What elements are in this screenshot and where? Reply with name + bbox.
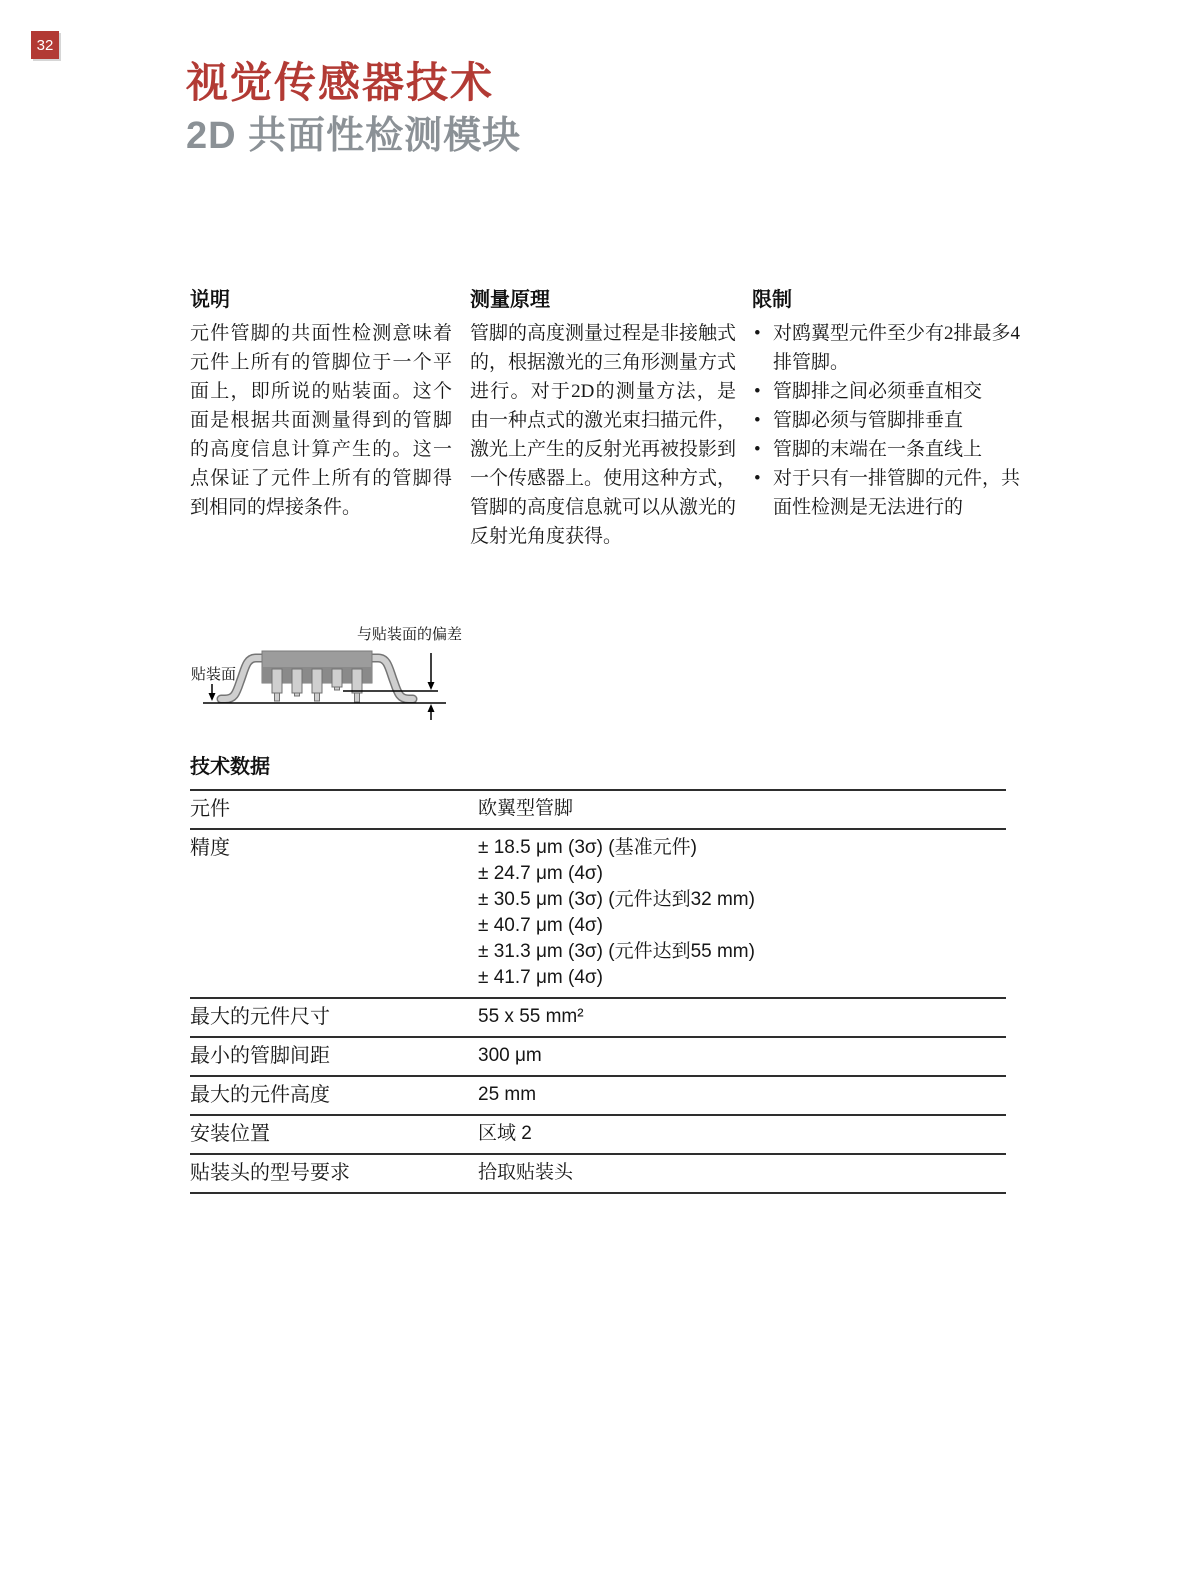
row-label: 最大的元件高度 bbox=[190, 1082, 478, 1108]
description-heading: 说明 bbox=[190, 283, 452, 312]
datasheet-page: 32 视觉传感器技术 2D 共面性检测模块 说明 元件管脚的共面性检测意味着元件… bbox=[0, 0, 1190, 1588]
section-principle: 测量原理 管脚的高度测量过程是非接触式的，根据激光的三角形测量方式进行。对于2D… bbox=[470, 283, 736, 551]
limitation-item: 管脚排之间必须垂直相交 bbox=[752, 377, 1020, 406]
row-value: 区域 2 bbox=[478, 1121, 532, 1147]
table-row: 安装位置 区域 2 bbox=[190, 1114, 1006, 1153]
row-value: 55 x 55 mm² bbox=[478, 1004, 584, 1030]
offset-arrow-up bbox=[428, 704, 435, 720]
page-number-badge: 32 bbox=[31, 31, 59, 59]
section-description: 说明 元件管脚的共面性检测意味着元件上所有的管脚位于一个平面上，即所说的贴装面。… bbox=[190, 283, 452, 522]
offset-arrow-down bbox=[428, 653, 435, 690]
table-row: 精度 ± 18.5 μm (3σ) (基准元件) ± 24.7 μm (4σ) … bbox=[190, 828, 1006, 997]
principle-body: 管脚的高度测量过程是非接触式的，根据激光的三角形测量方式进行。对于2D的测量方法… bbox=[470, 319, 736, 551]
table-row: 贴装头的型号要求 拾取贴装头 bbox=[190, 1153, 1006, 1194]
row-value: 300 μm bbox=[478, 1043, 542, 1069]
gull-wing-lead-right bbox=[368, 658, 413, 699]
page-title: 视觉传感器技术 bbox=[186, 50, 494, 110]
description-body: 元件管脚的共面性检测意味着元件上所有的管脚位于一个平面上，即所说的贴装面。这个面… bbox=[190, 319, 452, 522]
row-label: 元件 bbox=[190, 796, 478, 822]
diagram-offset-label: 与贴装面的偏差 bbox=[357, 626, 462, 643]
table-row: 最大的元件尺寸 55 x 55 mm² bbox=[190, 997, 1006, 1036]
row-label: 最小的管脚间距 bbox=[190, 1043, 478, 1069]
limitation-item: 对鸥翼型元件至少有2排最多4排管脚。 bbox=[752, 319, 1020, 377]
technical-data-section: 技术数据 元件 欧翼型管脚 精度 ± 18.5 μm (3σ) (基准元件) ±… bbox=[190, 750, 1006, 1194]
row-label: 精度 bbox=[190, 835, 478, 991]
principle-heading: 测量原理 bbox=[470, 283, 736, 312]
limitations-heading: 限制 bbox=[752, 283, 1020, 312]
technical-data-heading: 技术数据 bbox=[190, 750, 1006, 779]
row-label: 贴装头的型号要求 bbox=[190, 1160, 478, 1186]
table-row: 最大的元件高度 25 mm bbox=[190, 1075, 1006, 1114]
plane-arrow-down bbox=[209, 684, 216, 701]
limitation-item: 管脚的末端在一条直线上 bbox=[752, 435, 1020, 464]
row-value: ± 18.5 μm (3σ) (基准元件) ± 24.7 μm (4σ) ± 3… bbox=[478, 835, 755, 991]
page-subtitle: 2D 共面性检测模块 bbox=[186, 104, 521, 159]
row-value: 25 mm bbox=[478, 1082, 536, 1108]
limitation-item: 管脚必须与管脚排垂直 bbox=[752, 406, 1020, 435]
table-row: 元件 欧翼型管脚 bbox=[190, 789, 1006, 828]
limitation-item: 对于只有一排管脚的元件，共面性检测是无法进行的 bbox=[752, 464, 1020, 522]
row-label: 最大的元件尺寸 bbox=[190, 1004, 478, 1030]
diagram-plane-label: 贴装面 bbox=[191, 666, 236, 683]
table-row: 最小的管脚间距 300 μm bbox=[190, 1036, 1006, 1075]
section-limitations: 限制 对鸥翼型元件至少有2排最多4排管脚。 管脚排之间必须垂直相交 管脚必须与管… bbox=[752, 283, 1020, 522]
row-label: 安装位置 bbox=[190, 1121, 478, 1147]
row-value: 拾取贴装头 bbox=[478, 1160, 573, 1186]
coplanarity-diagram: 与贴装面的偏差 贴装面 bbox=[180, 595, 490, 725]
limitations-list: 对鸥翼型元件至少有2排最多4排管脚。 管脚排之间必须垂直相交 管脚必须与管脚排垂… bbox=[752, 319, 1020, 522]
row-value: 欧翼型管脚 bbox=[478, 796, 573, 822]
